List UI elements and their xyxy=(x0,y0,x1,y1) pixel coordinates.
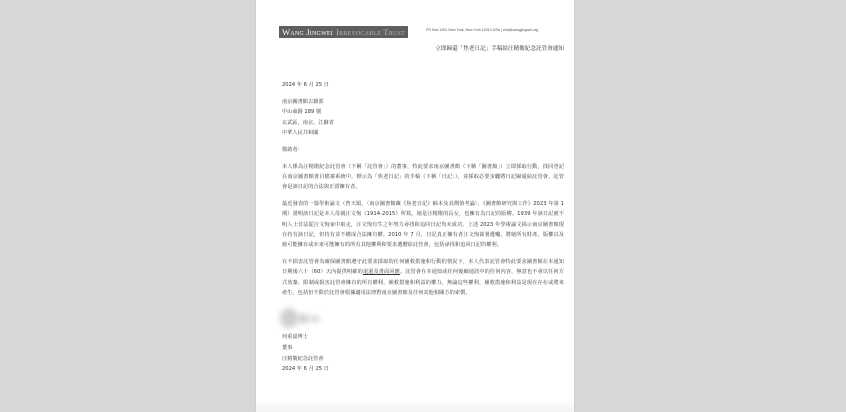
recipient-line: 玄武區，南京，江蘇省 xyxy=(282,118,564,129)
trust-logo: Wang Jingwei Irrevocable Trust xyxy=(279,26,408,38)
recipient-line: 中山東路 189 號 xyxy=(282,107,564,118)
letter-title: 立即歸還「焦老日記」手稿給汪精衛紀念託管會通知 xyxy=(435,44,564,52)
page-bottom-shade xyxy=(256,400,574,412)
paragraph-1: 本人係為汪精衛紀念託管會（下稱「託管會」）的董事，特此要求南京圖書館（下稱「圖書… xyxy=(282,162,564,193)
letter-body: 2024 年 6 月 25 日 南京圖書館古籍部 中山東路 189 號 玄武區，… xyxy=(282,80,564,375)
signature-image xyxy=(280,304,328,330)
signer-name: 何重嘉博士 xyxy=(282,332,564,343)
recipient-line: 南京圖書館古籍部 xyxy=(282,97,564,108)
salutation: 敬啟者： xyxy=(282,145,564,156)
paragraph-2: 最近發表的一篇學術論文（曾天頌，〈南京圖書館藏《焦老日記》稿本及其價值考論〉，《… xyxy=(282,199,564,251)
letterhead-address: PO Box 1051 New York, New York 10013 USA… xyxy=(426,28,538,32)
logo-name: Wang Jingwei xyxy=(282,26,333,38)
letter-page: Wang Jingwei Irrevocable Trust PO Box 10… xyxy=(256,0,574,412)
underlined-demand: 退還及書面回應 xyxy=(363,269,400,275)
signer-organization: 汪精衛紀念託管會 xyxy=(282,354,564,365)
recipient-line: 中華人民共和國 xyxy=(282,128,564,139)
letter-date: 2024 年 6 月 25 日 xyxy=(282,80,564,91)
signature-date: 2024 年 6 月 25 日 xyxy=(282,364,564,375)
paragraph-3: 在不損害託管會為確保圖書館遵守此要求採取的任何補救措施和行動的情況下，本人代表託… xyxy=(282,257,564,299)
logo-trust: Irrevocable Trust xyxy=(336,26,405,38)
signer-title: 董事 xyxy=(282,343,564,354)
